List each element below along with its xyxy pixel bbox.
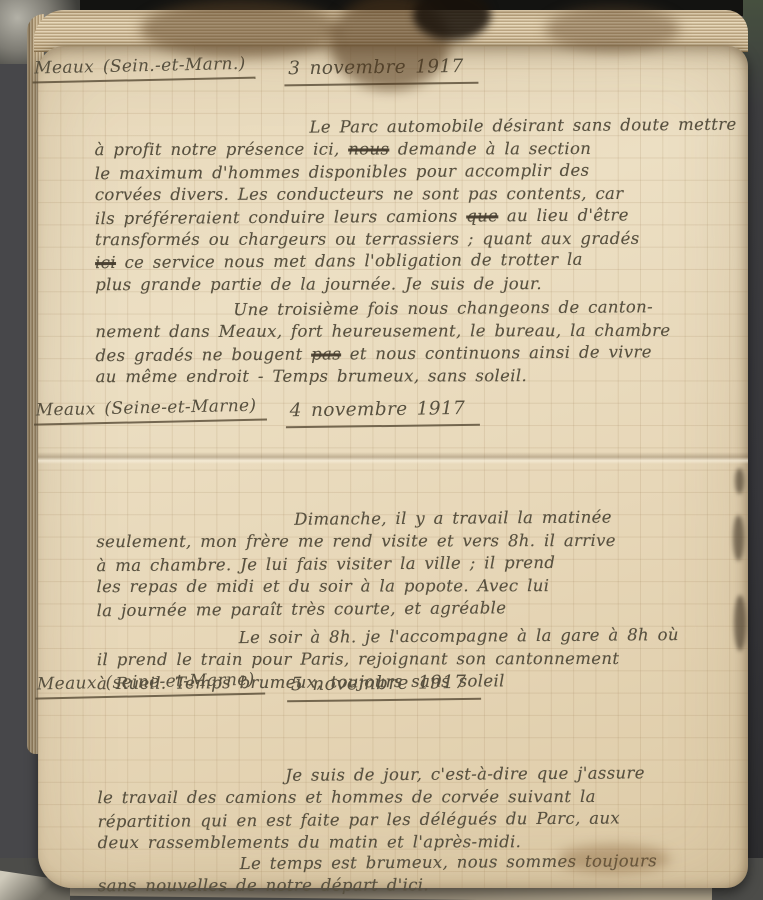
worn-edge-mark xyxy=(735,468,744,494)
handwriting-line: plus grande partie de la journée. Je sui… xyxy=(95,273,731,297)
notebook-page: Meaux (Sein.-et-Marn.)3 novembre 1917Le … xyxy=(38,46,748,888)
location-label: Meaux (seine-et-Marne) xyxy=(35,669,265,700)
handwriting-line: à ma chambre. Je lui fais visiter la vil… xyxy=(96,551,732,578)
handwriting-line: Le Parc automobile désirant sans doute m… xyxy=(94,114,730,141)
handwriting-line: Le temps est brumeux, nous sommes toujou… xyxy=(98,850,734,877)
paragraph: Dimanche, il y a travail la matinéeseule… xyxy=(38,506,748,621)
handwriting-line: des gradés ne bougent pas et nous contin… xyxy=(95,341,731,368)
diary-entry-2: Meaux (Seine-et-Marne)4 novembre 1917Dim… xyxy=(38,394,748,397)
paragraph: Le Parc automobile désirant sans doute m… xyxy=(36,114,747,296)
handwriting-line: la journée me paraît très courte, et agr… xyxy=(97,595,733,622)
paragraph: Une troisième fois nous changeons de can… xyxy=(37,296,747,389)
handwriting-line: sans nouvelles de notre départ d'ici. xyxy=(98,874,734,898)
entry-header: Meaux (Sein.-et-Marn.)3 novembre 1917 xyxy=(32,52,746,101)
diary-entries: Meaux (Sein.-et-Marn.)3 novembre 1917Le … xyxy=(36,44,750,889)
handwriting-line: Dimanche, il y a travail la matinée xyxy=(96,506,732,533)
location-label: Meaux (Seine-et-Marne) xyxy=(33,395,266,426)
struck-word: ici xyxy=(95,253,116,272)
date-label: 4 novembre 1917 xyxy=(286,398,480,429)
struck-word: que xyxy=(466,206,498,225)
handwriting-line: Une troisième fois nous changeons de can… xyxy=(95,296,731,323)
handwriting-line: le maximum d'hommes disponibles pour acc… xyxy=(95,159,731,186)
photo-background: Meaux (Sein.-et-Marn.)3 novembre 1917Le … xyxy=(0,0,763,900)
paragraph: Je suis de jour, c'est-à-dire que j'assu… xyxy=(39,762,749,855)
handwriting-line: répartition qui en est faite par les dél… xyxy=(97,806,733,833)
worn-edge-mark xyxy=(734,595,746,651)
entry-header: Meaux (seine-et-Marne)5 novembre 1917 xyxy=(35,668,749,717)
handwriting-line: corvées divers. Les conducteurs ne sont … xyxy=(95,183,731,207)
worn-edge-mark xyxy=(733,515,744,561)
struck-word: pas xyxy=(311,344,341,363)
struck-word: nous xyxy=(348,140,389,159)
diary-entry-1: Meaux (Sein.-et-Marn.)3 novembre 1917Le … xyxy=(36,52,746,55)
handwriting-line: ici ce service nous met dans l'obligatio… xyxy=(95,248,731,275)
entry-header: Meaux (Seine-et-Marne)4 novembre 1917 xyxy=(34,394,748,443)
handwriting-line: les repas de midi et du soir à la popote… xyxy=(96,575,732,599)
handwriting-line: Je suis de jour, c'est-à-dire que j'assu… xyxy=(97,762,733,789)
paragraph: Le temps est brumeux, nous sommes toujou… xyxy=(40,850,750,898)
location-label: Meaux (Sein.-et-Marn.) xyxy=(32,53,256,84)
date-label: 3 novembre 1917 xyxy=(284,56,478,87)
handwriting-line: ils préféreraient conduire leurs camions… xyxy=(95,203,731,230)
date-label: 5 novembre 1917 xyxy=(287,672,481,703)
handwriting-line: Le soir à 8h. je l'accompagne à la gare … xyxy=(97,624,733,651)
handwriting-line: au même endroit - Temps brumeux, sans so… xyxy=(96,365,732,389)
